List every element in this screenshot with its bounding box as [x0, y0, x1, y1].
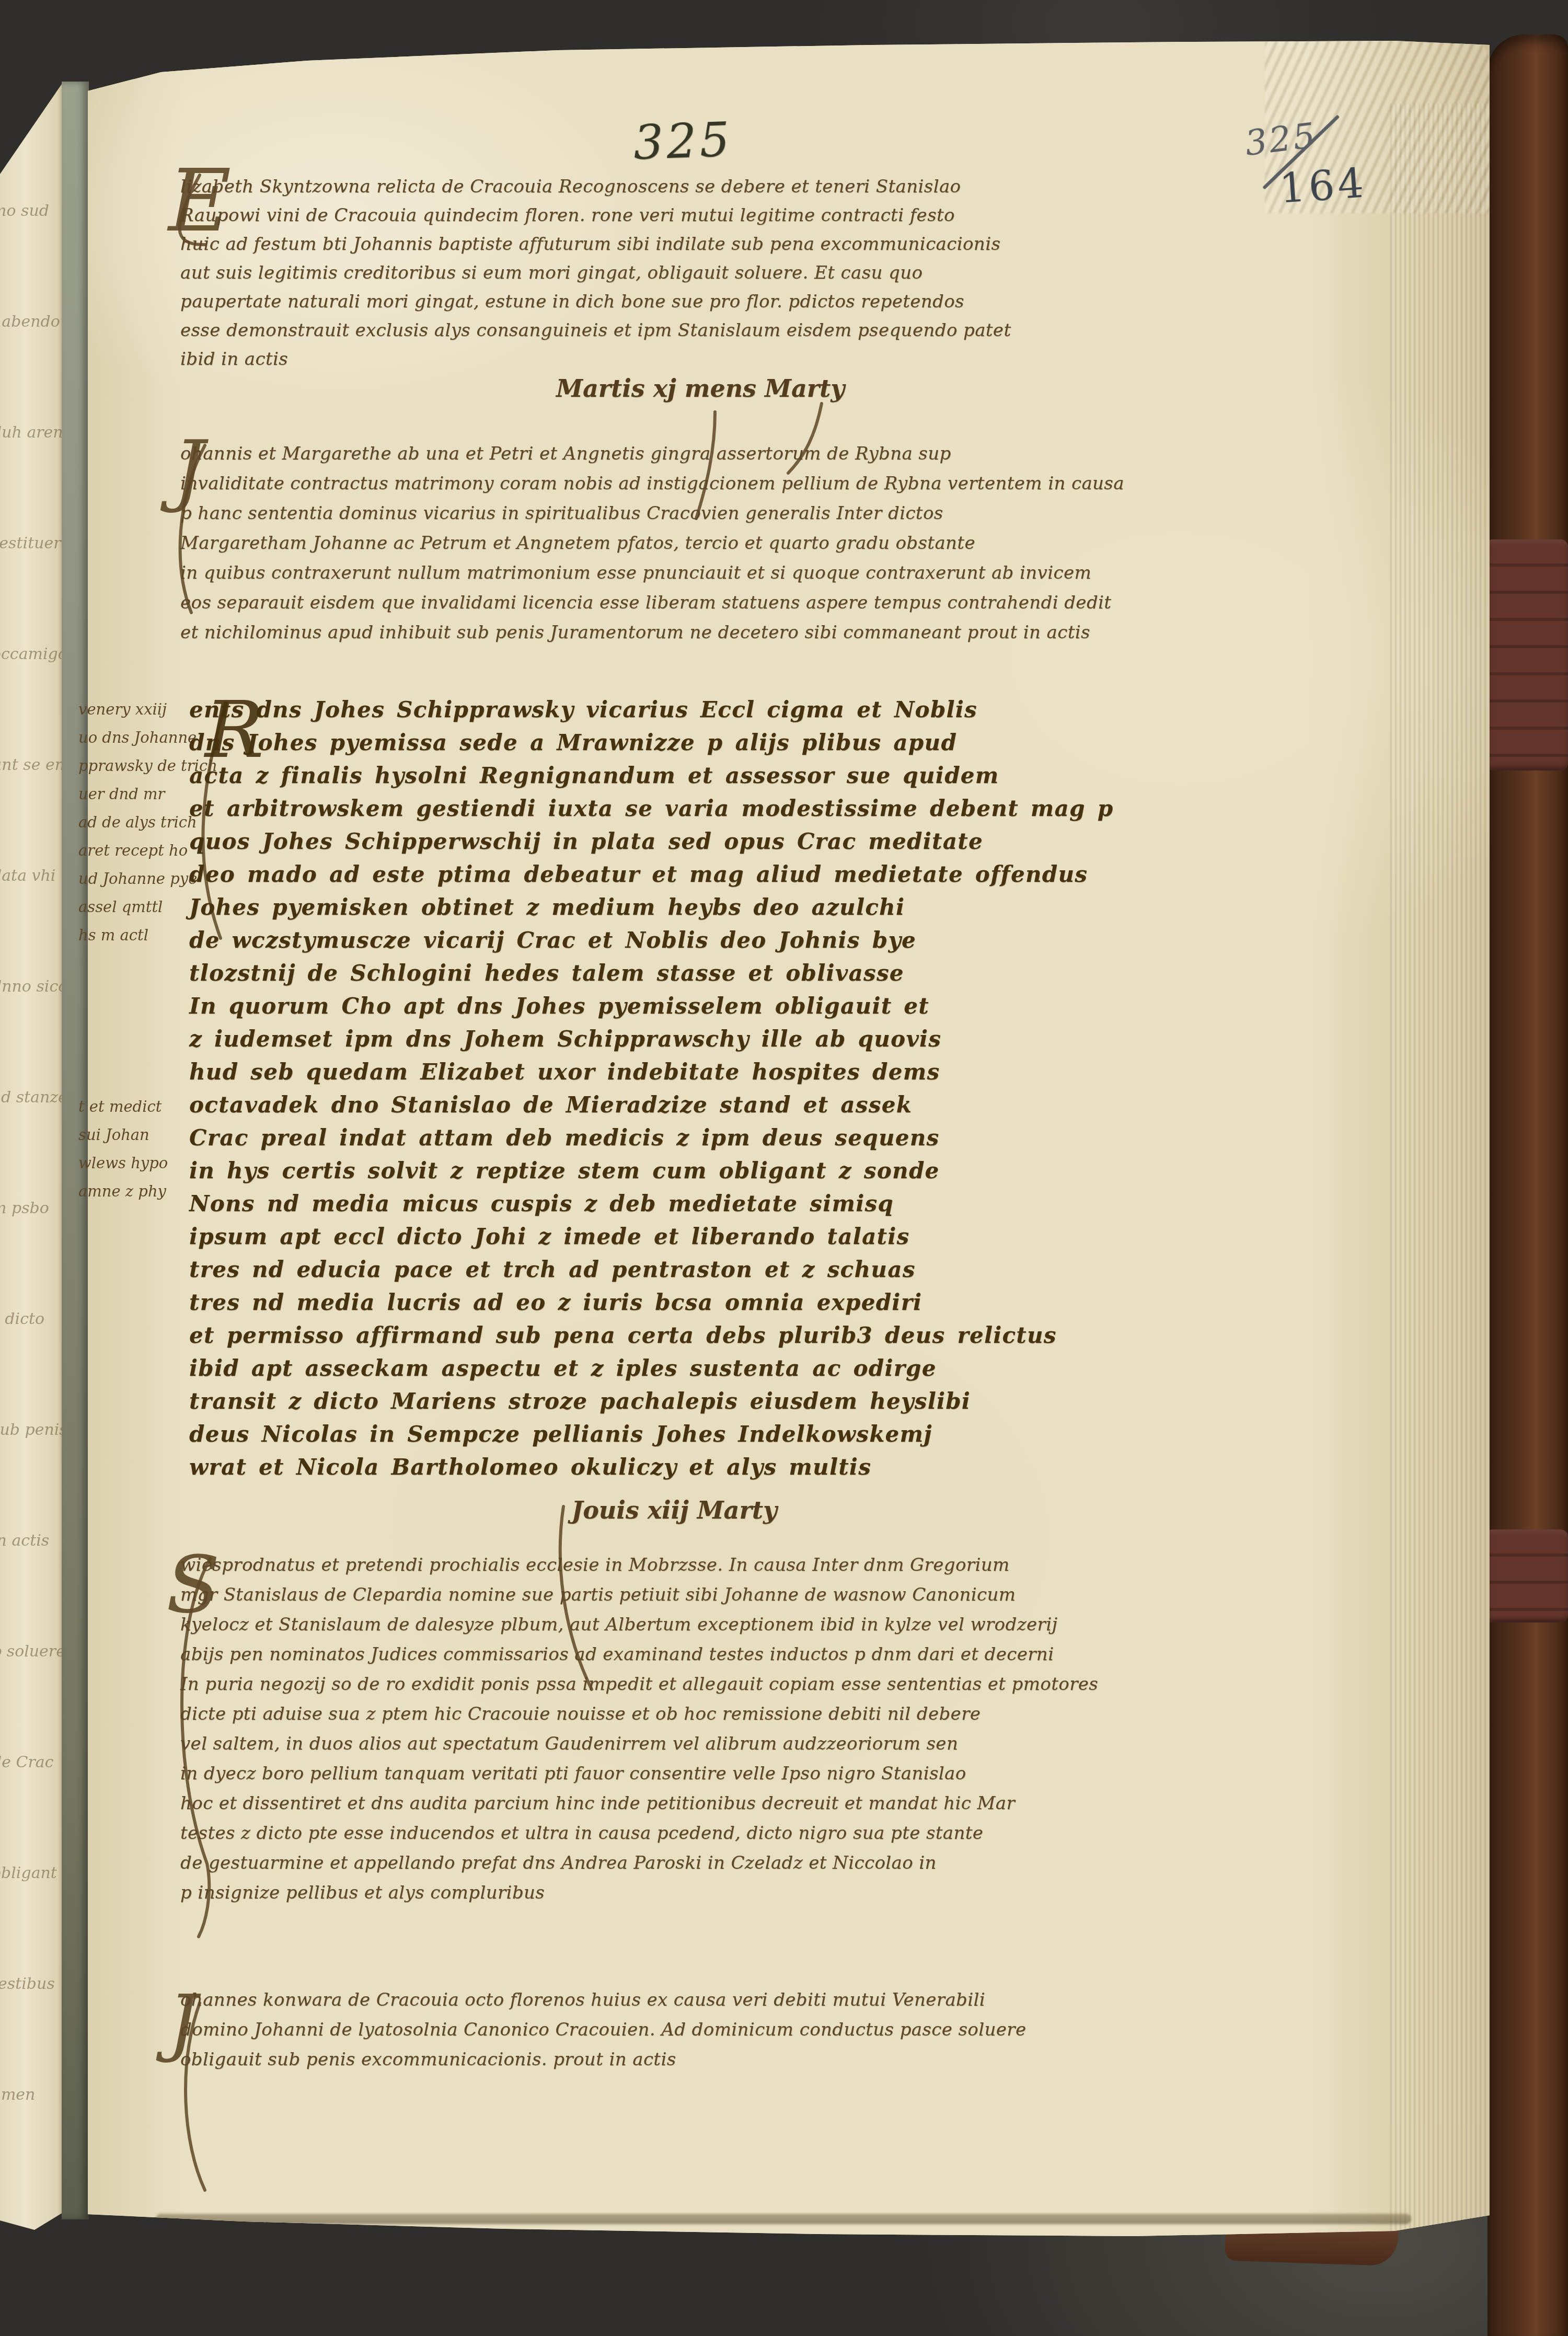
manuscript-line: kyelocz et Stanislaum de dalesyze plbum,…	[180, 1610, 1098, 1640]
manuscript-line: ohannis et Margarethe ab una et Petri et…	[180, 439, 1124, 469]
manuscript-line: Nons nd media micus cuspis z deb medieta…	[189, 1187, 1113, 1220]
ghost-text-fragment: amen	[0, 2040, 60, 2150]
manuscript-line: de gestuarmine et appellando prefat dns …	[180, 1848, 1098, 1878]
manuscript-line: In puria negozij so de ro exdidit ponis …	[180, 1670, 1098, 1699]
fore-edge-texture	[1390, 103, 1490, 2234]
manuscript-line: z iudemset ipm dns Johem Schipprawschy i…	[189, 1022, 1113, 1055]
folio-number: 164	[1278, 160, 1368, 213]
manuscript-line: hud seb quedam Elizabet uxor indebitate …	[189, 1055, 1113, 1088]
margin-note-line: sui Johan	[78, 1121, 168, 1149]
manuscript-line: In quorum Cho apt dns Johes pyemisselem …	[189, 989, 1113, 1022]
manuscript-line: ibid in actis	[180, 345, 1011, 374]
previous-page-ghost-text: mo sudhabendoduh arenderestituereoccamig…	[0, 156, 60, 2150]
entry-4-text: wiesprodnatus et pretendi prochialis ecc…	[180, 1550, 1098, 1908]
manuscript-line: ibid apt asseckam aspectu et z iples sus…	[189, 1352, 1113, 1385]
entry-1-text: lizabeth Skyntzowna relicta de Cracouia …	[180, 172, 1011, 374]
manuscript-line: acta z finalis hysolni Regnignandum et a…	[189, 759, 1113, 792]
ghost-text-fragment: duh arende	[0, 377, 60, 488]
manuscript-line: wiesprodnatus et pretendi prochialis ecc…	[180, 1550, 1098, 1580]
page-number: 325	[632, 112, 733, 171]
manuscript-line: tres nd media lucris ad eo z iuris bcsa …	[189, 1286, 1113, 1319]
ghost-text-fragment: obligant	[0, 1818, 60, 1929]
manuscript-line: de wczstymuscze vicarij Crac et Noblis d…	[189, 924, 1113, 957]
ghost-text-fragment: in actis	[0, 1486, 60, 1596]
ghost-text-fragment: habendo	[0, 267, 60, 377]
manuscript-line: ipsum apt eccl dicto Johi z imede et lib…	[189, 1220, 1113, 1253]
previous-page-edge: mo sudhabendoduh arenderestituereoccamig…	[0, 83, 63, 2241]
margin-note-lower: t et medictsui Johanwlews hypoamne z phy	[78, 1092, 168, 1205]
ghost-text-fragment: m psbo	[0, 1153, 60, 1264]
date-heading-jouis: Jouis xiij Marty	[523, 1496, 826, 1524]
manuscript-line: quos Johes Schipperwschij in plata sed o…	[189, 825, 1113, 858]
manuscript-line: Johes pyemisken obtinet z medium heybs d…	[189, 891, 1113, 924]
margin-note-line: amne z phy	[78, 1177, 168, 1205]
manuscript-line: et nichilominus apud inhibuit sub penis …	[180, 618, 1124, 648]
manuscript-line: et arbitrowskem gestiendi iuxta se varia…	[189, 792, 1113, 825]
ghost-text-fragment: testibus	[0, 1929, 60, 2040]
manuscript-line: huic ad festum bti Johannis baptiste aff…	[180, 230, 1011, 259]
ghost-text-fragment: p soluere	[0, 1596, 60, 1707]
manuscript-line: paupertate naturali mori gingat, estune …	[180, 287, 1011, 316]
ghost-text-fragment: restituere	[0, 488, 60, 599]
ghost-text-fragment: z dicto	[0, 1264, 60, 1375]
entry-3-text: ents dns Johes Schipprawsky vicarius Ecc…	[189, 693, 1113, 1483]
manuscript-line: ents dns Johes Schipprawsky vicarius Ecc…	[189, 693, 1113, 726]
manuscript-line: domino Johanni de lyatosolnia Canonico C…	[180, 2015, 1027, 2045]
ghost-text-fragment: sub penis	[0, 1375, 60, 1486]
manuscript-line: dns Johes pyemissa sede a Mrawnizze p al…	[189, 726, 1113, 759]
manuscript-line: in dyecz boro pellium tanquam veritati p…	[180, 1759, 1098, 1789]
manuscript-line: transit z dicto Mariens stroze pachalepi…	[189, 1385, 1113, 1418]
ghost-text-fragment: occamigo	[0, 599, 60, 710]
manuscript-line: dicte pti aduise sua z ptem hic Cracouie…	[180, 1699, 1098, 1729]
manuscript-line: et permisso affirmand sub pena certa deb…	[189, 1319, 1113, 1352]
manuscript-line: in hys certis solvit z reptize stem cum …	[189, 1154, 1113, 1187]
manuscript-line: p insignize pellibus et alys compluribus	[180, 1878, 1098, 1908]
manuscript-line: vel saltem, in duos alios aut spectatum …	[180, 1729, 1098, 1759]
manuscript-line: invaliditate contractus matrimony coram …	[180, 469, 1124, 499]
entry-2-text: ohannis et Margarethe ab una et Petri et…	[180, 439, 1124, 648]
manuscript-line: deo mado ad este ptima debeatur et mag a…	[189, 858, 1113, 891]
manuscript-line: deus Nicolas in Sempcze pellianis Johes …	[189, 1418, 1113, 1451]
manuscript-line: Crac preal indat attam deb medicis z ipm…	[189, 1121, 1113, 1154]
manuscript-line: obligauit sub penis excommunicacionis. p…	[180, 2045, 1027, 2075]
manuscript-line: eos separauit eisdem que invalidami lice…	[180, 588, 1124, 618]
bottom-deckle-edge	[156, 2214, 1411, 2224]
entry-5-text: ohannes konwara de Cracouia octo floreno…	[180, 1985, 1027, 2075]
manuscript-line: hoc et dissentiret et dns audita parcium…	[180, 1789, 1098, 1819]
date-heading-martis: Martis xj mens Marty	[497, 374, 904, 402]
manuscript-line: Margaretham Johanne ac Petrum et Angnete…	[180, 528, 1124, 558]
leather-cover-edge	[1488, 34, 1568, 2336]
binding-strap-lower	[1489, 1529, 1568, 1622]
manuscript-line: abijs pen nominatos Judices commissarios…	[180, 1640, 1098, 1670]
ghost-text-fragment: data vhi	[0, 821, 60, 931]
manuscript-line: Raupowi vini de Cracouia quindecim flore…	[180, 201, 1011, 230]
ghost-text-fragment: dnno sico	[0, 931, 60, 1042]
ghost-text-fragment: ad stanze	[0, 1042, 60, 1153]
manuscript-line: octavadek dno Stanislao de Mieradzize st…	[189, 1088, 1113, 1121]
manuscript-line: mgr Stanislaus de Clepardia nomine sue p…	[180, 1580, 1098, 1610]
ghost-text-fragment: mo sud	[0, 156, 60, 267]
binding-strap-upper	[1489, 539, 1568, 770]
manuscript-line: wrat et Nicola Bartholomeo okuliczy et a…	[189, 1451, 1113, 1483]
manuscript-line: aut suis legitimis creditoribus si eum m…	[180, 259, 1011, 287]
manuscript-line: esse demonstrauit exclusis alys consangu…	[180, 316, 1011, 345]
ghost-text-fragment: de Crac	[0, 1707, 60, 1818]
margin-note-line: t et medict	[78, 1092, 168, 1121]
margin-note-line: wlews hypo	[78, 1149, 168, 1177]
ghost-text-fragment: unt se enimal	[0, 710, 60, 821]
manuscript-scan: mo sudhabendoduh arenderestituereoccamig…	[0, 0, 1568, 2336]
manuscript-line: ohannes konwara de Cracouia octo floreno…	[180, 1985, 1027, 2015]
manuscript-line: tres nd educia pace et trch ad pentrasto…	[189, 1253, 1113, 1286]
manuscript-line: testes z dicto pte esse inducendos et ul…	[180, 1819, 1098, 1848]
manuscript-line: in quibus contraxerunt nullum matrimoniu…	[180, 558, 1124, 588]
manuscript-line: tlozstnij de Schlogini hedes talem stass…	[189, 957, 1113, 989]
manuscript-line: lizabeth Skyntzowna relicta de Cracouia …	[180, 172, 1011, 201]
manuscript-line: p hanc sententia dominus vicarius in spi…	[180, 499, 1124, 528]
